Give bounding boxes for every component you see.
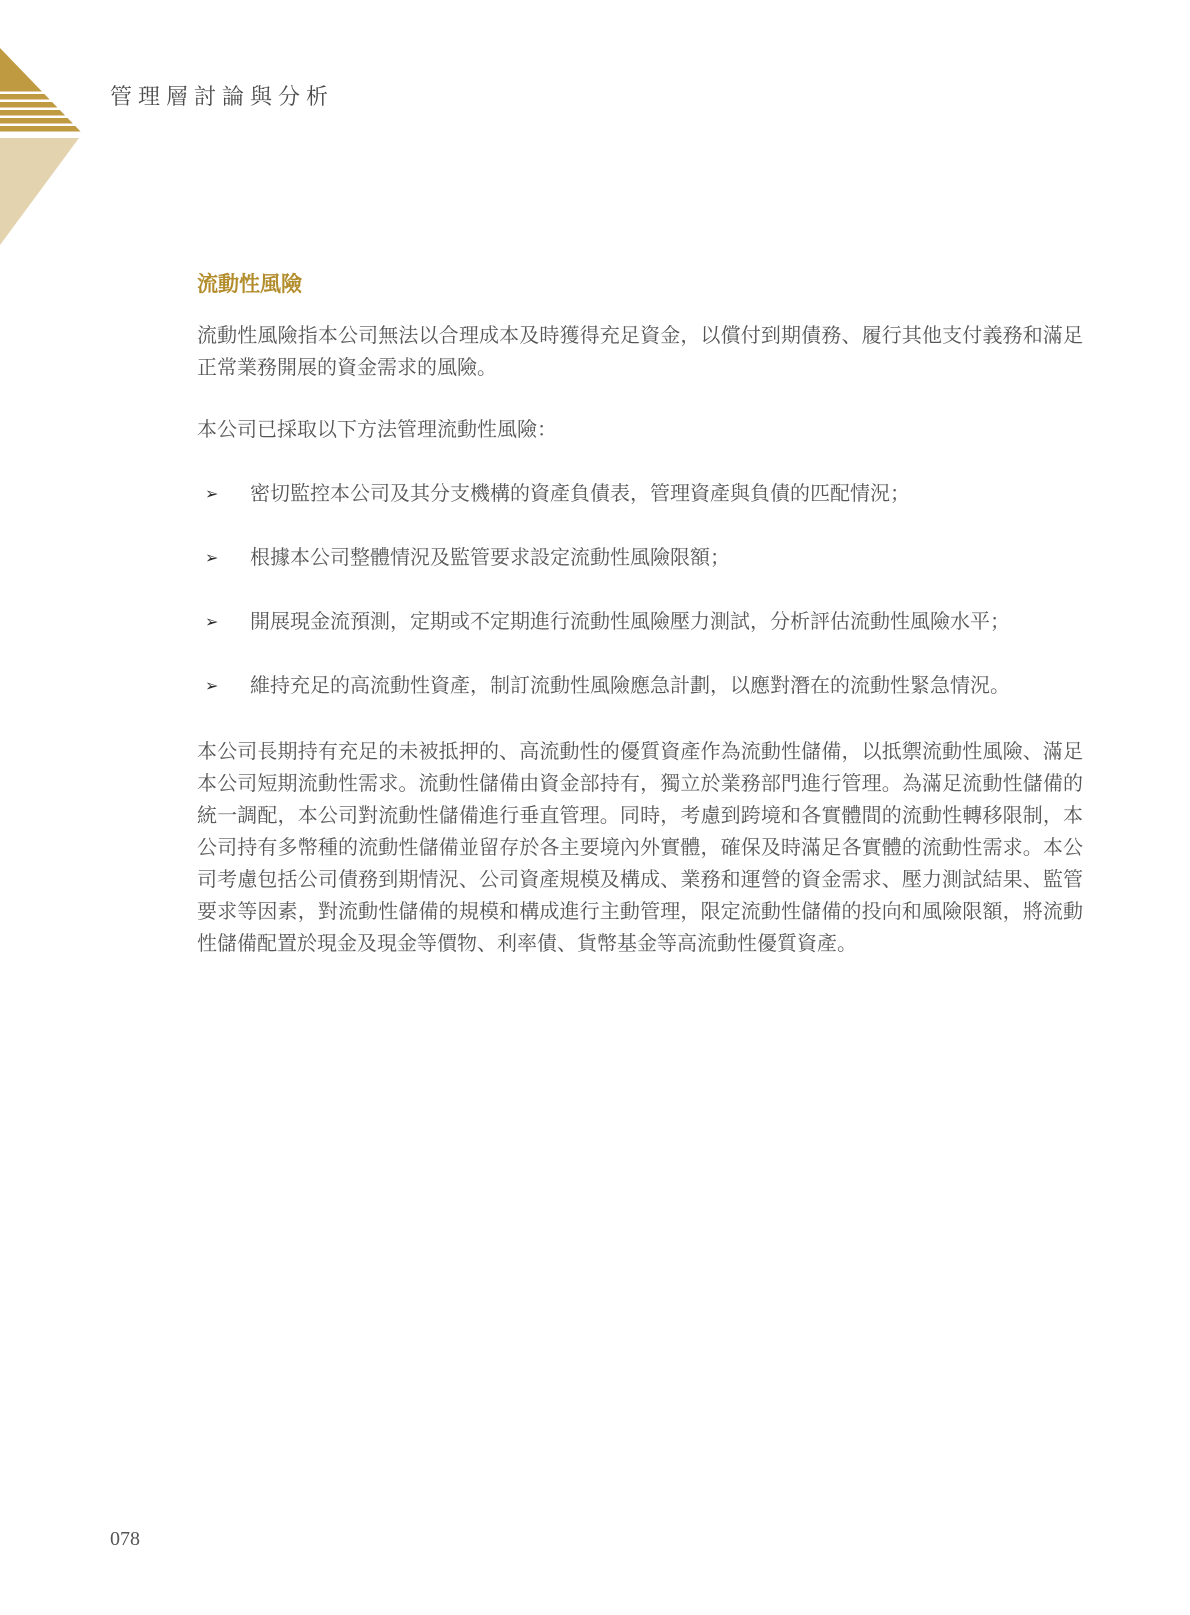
- closing-paragraph: 本公司長期持有充足的未被抵押的、高流動性的優質資產作為流動性儲備，以抵禦流動性風…: [197, 736, 1083, 960]
- main-content: 流動性風險 流動性風險指本公司無法以合理成本及時獲得充足資金，以償付到期債務、履…: [197, 272, 1083, 960]
- section-title-liquidity-risk: 流動性風險: [197, 272, 1083, 298]
- page-number: 078: [110, 1528, 140, 1551]
- bullet-item: ➢ 開展現金流預測，定期或不定期進行流動性風險壓力測試，分析評估流動性風險水平；: [197, 606, 1083, 638]
- arrowhead-bullet-icon: ➢: [205, 671, 218, 703]
- bullet-text: 密切監控本公司及其分支機構的資產負債表，管理資產與負債的匹配情況；: [250, 483, 910, 505]
- gold-triangle-logo: [0, 48, 84, 248]
- bullet-text: 開展現金流預測，定期或不定期進行流動性風險壓力測試，分析評估流動性風險水平；: [250, 611, 1010, 633]
- bullet-item: ➢ 密切監控本公司及其分支機構的資產負債表，管理資產與負債的匹配情況；: [197, 478, 1083, 510]
- page-header-title: 管理層討論與分析: [110, 84, 334, 110]
- methods-bullet-list: ➢ 密切監控本公司及其分支機構的資產負債表，管理資產與負債的匹配情況； ➢ 根據…: [197, 478, 1083, 702]
- methods-lead-paragraph: 本公司已採取以下方法管理流動性風險：: [197, 414, 1083, 446]
- intro-paragraph: 流動性風險指本公司無法以合理成本及時獲得充足資金，以償付到期債務、履行其他支付義…: [197, 320, 1083, 384]
- logo-striped-triangle: [0, 48, 82, 133]
- arrowhead-bullet-icon: ➢: [205, 479, 218, 511]
- bullet-text: 根據本公司整體情況及監管要求設定流動性風險限額；: [250, 547, 730, 569]
- logo-tan-triangle: [0, 138, 79, 245]
- bullet-text: 維持充足的高流動性資產，制訂流動性風險應急計劃，以應對潛在的流動性緊急情況。: [250, 675, 1010, 697]
- arrowhead-bullet-icon: ➢: [205, 607, 218, 639]
- bullet-item: ➢ 維持充足的高流動性資產，制訂流動性風險應急計劃，以應對潛在的流動性緊急情況。: [197, 670, 1083, 702]
- arrowhead-bullet-icon: ➢: [205, 543, 218, 575]
- bullet-item: ➢ 根據本公司整體情況及監管要求設定流動性風險限額；: [197, 542, 1083, 574]
